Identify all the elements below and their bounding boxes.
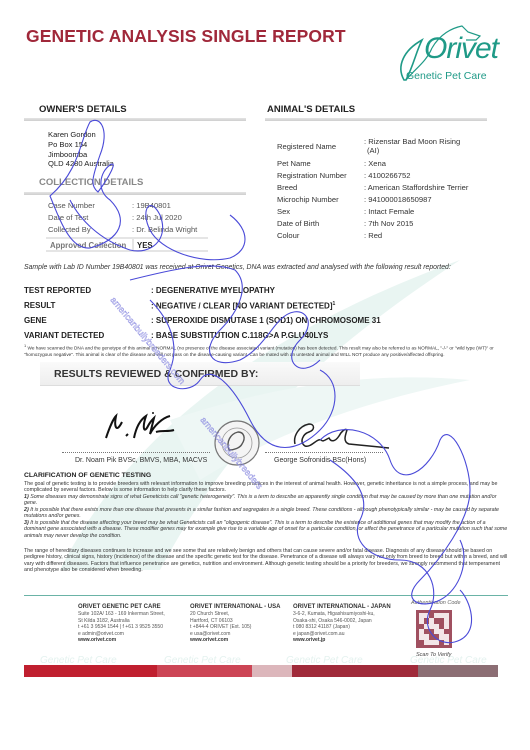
approved-collection-label: Approved Collection: [50, 241, 126, 250]
footnote-text: We have scanned the DNA and the genotype…: [24, 346, 494, 357]
color-bar-segment: [292, 665, 418, 677]
logo-wordmark: Orivet: [424, 32, 498, 66]
animal-label: Colour: [277, 231, 299, 240]
qr-code-icon[interactable]: [416, 610, 452, 648]
clarification-intro: The goal of genetic testing is to provid…: [24, 481, 508, 494]
animal-heading-rule: [265, 118, 487, 121]
point-text: It is possible that the disease affectin…: [24, 520, 507, 539]
office-japan: ORIVET INTERNATIONAL - JAPAN 3-6-2, Kuma…: [293, 604, 391, 643]
office-address-line: Suite 102A/ 163 - 169 Inkerman Street,: [78, 611, 165, 617]
office-heading: ORIVET INTERNATIONAL - JAPAN: [293, 604, 391, 610]
animal-details-heading: ANIMAL'S DETAILS: [267, 104, 355, 115]
signature-george-sofronidis-icon: [285, 418, 395, 454]
clarification-point: 2) It is possible that there exists more…: [24, 507, 508, 520]
collection-value: : 24th Jul 2020: [132, 213, 182, 222]
qr-code-pattern: [419, 613, 449, 645]
report-page: GENETIC ANALYSIS SINGLE REPORT Orivet Ge…: [0, 0, 530, 750]
collection-label: Case Number: [48, 201, 95, 210]
owner-address-line: QLD 4280 Australia: [48, 159, 114, 169]
signature-line: [265, 452, 383, 453]
signatory-name: Dr. Noam Pik BVSc, BMVS, MBA, MACVS: [75, 457, 207, 464]
result-label: TEST REPORTED: [24, 286, 91, 295]
results-reviewed-heading: RESULTS REVIEWED & CONFIRMED BY:: [54, 368, 258, 380]
animal-label: Registered Name: [277, 142, 336, 151]
result-label: RESULT: [24, 301, 55, 310]
result-value: : SUPEROXIDE DISMUTASE 1 (SOD1) ON CHROM…: [151, 316, 381, 325]
owner-address-line: Po Box 154: [48, 140, 114, 150]
clarification-heading: CLARIFICATION OF GENETIC TESTING: [24, 472, 151, 479]
animal-label: Sex: [277, 207, 290, 216]
collection-label: Collected By: [48, 225, 91, 234]
owner-address: Karen Gordon Po Box 154 Jimboomba QLD 42…: [48, 130, 114, 169]
collection-label: Date of Test: [48, 213, 88, 222]
sample-statement: Sample with Lab ID Number 19B40801 was r…: [24, 264, 451, 271]
point-text: It is possible that there exists more th…: [24, 507, 499, 519]
owner-name: Karen Gordon: [48, 130, 114, 140]
animal-value: : American Staffordshire Terrier: [364, 183, 468, 192]
animal-value: : 4100266752: [364, 171, 410, 180]
footnote-marker: 1: [332, 301, 335, 307]
orivet-logo: Orivet Genetic Pet Care: [392, 22, 512, 92]
animal-value: : 941000018650987: [364, 195, 432, 204]
animal-label: Breed: [277, 183, 297, 192]
report-title: GENETIC ANALYSIS SINGLE REPORT: [26, 26, 346, 47]
color-bar-segment: [252, 665, 292, 677]
result-value: : BASE SUBSTITUTION C.118G>A P.GLU40LYS: [151, 331, 328, 340]
office-website-link[interactable]: www.orivet.com: [78, 637, 165, 643]
animal-label: Pet Name: [277, 159, 311, 168]
animal-value: : Xena: [364, 159, 386, 168]
approved-collection-value: YES: [137, 241, 153, 250]
animal-label: Registration Number: [277, 171, 347, 180]
office-australia: ORIVET GENETIC PET CARE Suite 102A/ 163 …: [78, 604, 165, 643]
signature-noam-pik-icon: [100, 408, 180, 448]
animal-value: : Rizenstar Bad Moon Rising: [364, 137, 460, 146]
collection-heading-rule: [24, 192, 246, 195]
office-usa: ORIVET INTERNATIONAL - USA 20 Church Str…: [190, 604, 280, 643]
clarification-closing: The range of hereditary diseases continu…: [24, 548, 508, 573]
office-phone: t +61 3 9534 1544 | f +61 3 9525 3550: [78, 624, 165, 630]
collection-value: : Dr. Belinda Wright: [132, 225, 197, 234]
office-heading: ORIVET INTERNATIONAL - USA: [190, 604, 280, 610]
clarification-point: 3) It is possible that the disease affec…: [24, 520, 508, 539]
signature-line: [62, 452, 210, 453]
clarification-point: 1) Some diseases may demonstrate signs o…: [24, 494, 508, 507]
animal-label: Date of Birth: [277, 219, 319, 228]
result-value: : DEGENERATIVE MYELOPATHY: [151, 286, 275, 295]
animal-label: Microchip Number: [277, 195, 339, 204]
owner-details-heading: OWNER'S DETAILS: [39, 104, 127, 115]
animal-value: : Intact Female: [364, 207, 414, 216]
approved-divider: [132, 239, 134, 250]
result-value: : NEGATIVE / CLEAR [NO VARIANT DETECTED]…: [151, 301, 335, 311]
result-value-text: : NEGATIVE / CLEAR [NO VARIANT DETECTED]: [151, 302, 332, 311]
collection-value: : 19B40801: [132, 201, 171, 210]
result-label: GENE: [24, 316, 47, 325]
logo-tagline: Genetic Pet Care: [406, 70, 487, 82]
point-text: Some diseases may demonstrate signs of w…: [24, 494, 497, 506]
result-label: VARIANT DETECTED: [24, 331, 104, 340]
results-reviewed-banner: RESULTS REVIEWED & CONFIRMED BY:: [40, 362, 360, 386]
office-website-link[interactable]: www.orivet.com: [190, 637, 280, 643]
animal-value: : Red: [364, 231, 382, 240]
animal-value-continued: (AI): [367, 146, 379, 155]
collection-details-heading: COLLECTION DETAILS: [39, 177, 143, 188]
scan-to-verify-label: Scan To Verify: [416, 652, 451, 658]
signatory-name: George Sofronidis BSc(Hons): [274, 457, 366, 464]
color-bar-segment: [418, 665, 498, 677]
color-bar-segment: [157, 665, 252, 677]
orivet-seal-stamp-icon: [212, 418, 262, 468]
animal-value: : 7th Nov 2015: [364, 219, 413, 228]
authentication-code-label: Authentication Code: [411, 600, 461, 606]
owner-heading-rule: [24, 118, 246, 121]
color-bar-segment: [24, 665, 157, 677]
approved-collection-row: Approved Collection YES: [46, 237, 208, 252]
office-website-link[interactable]: www.orivet.jp: [293, 637, 391, 643]
owner-address-line: Jimboomba: [48, 150, 114, 160]
office-heading: ORIVET GENETIC PET CARE: [78, 604, 165, 610]
footer-rule: [24, 595, 508, 596]
result-footnote: 1 We have scanned the DNA and the genoty…: [24, 343, 504, 358]
